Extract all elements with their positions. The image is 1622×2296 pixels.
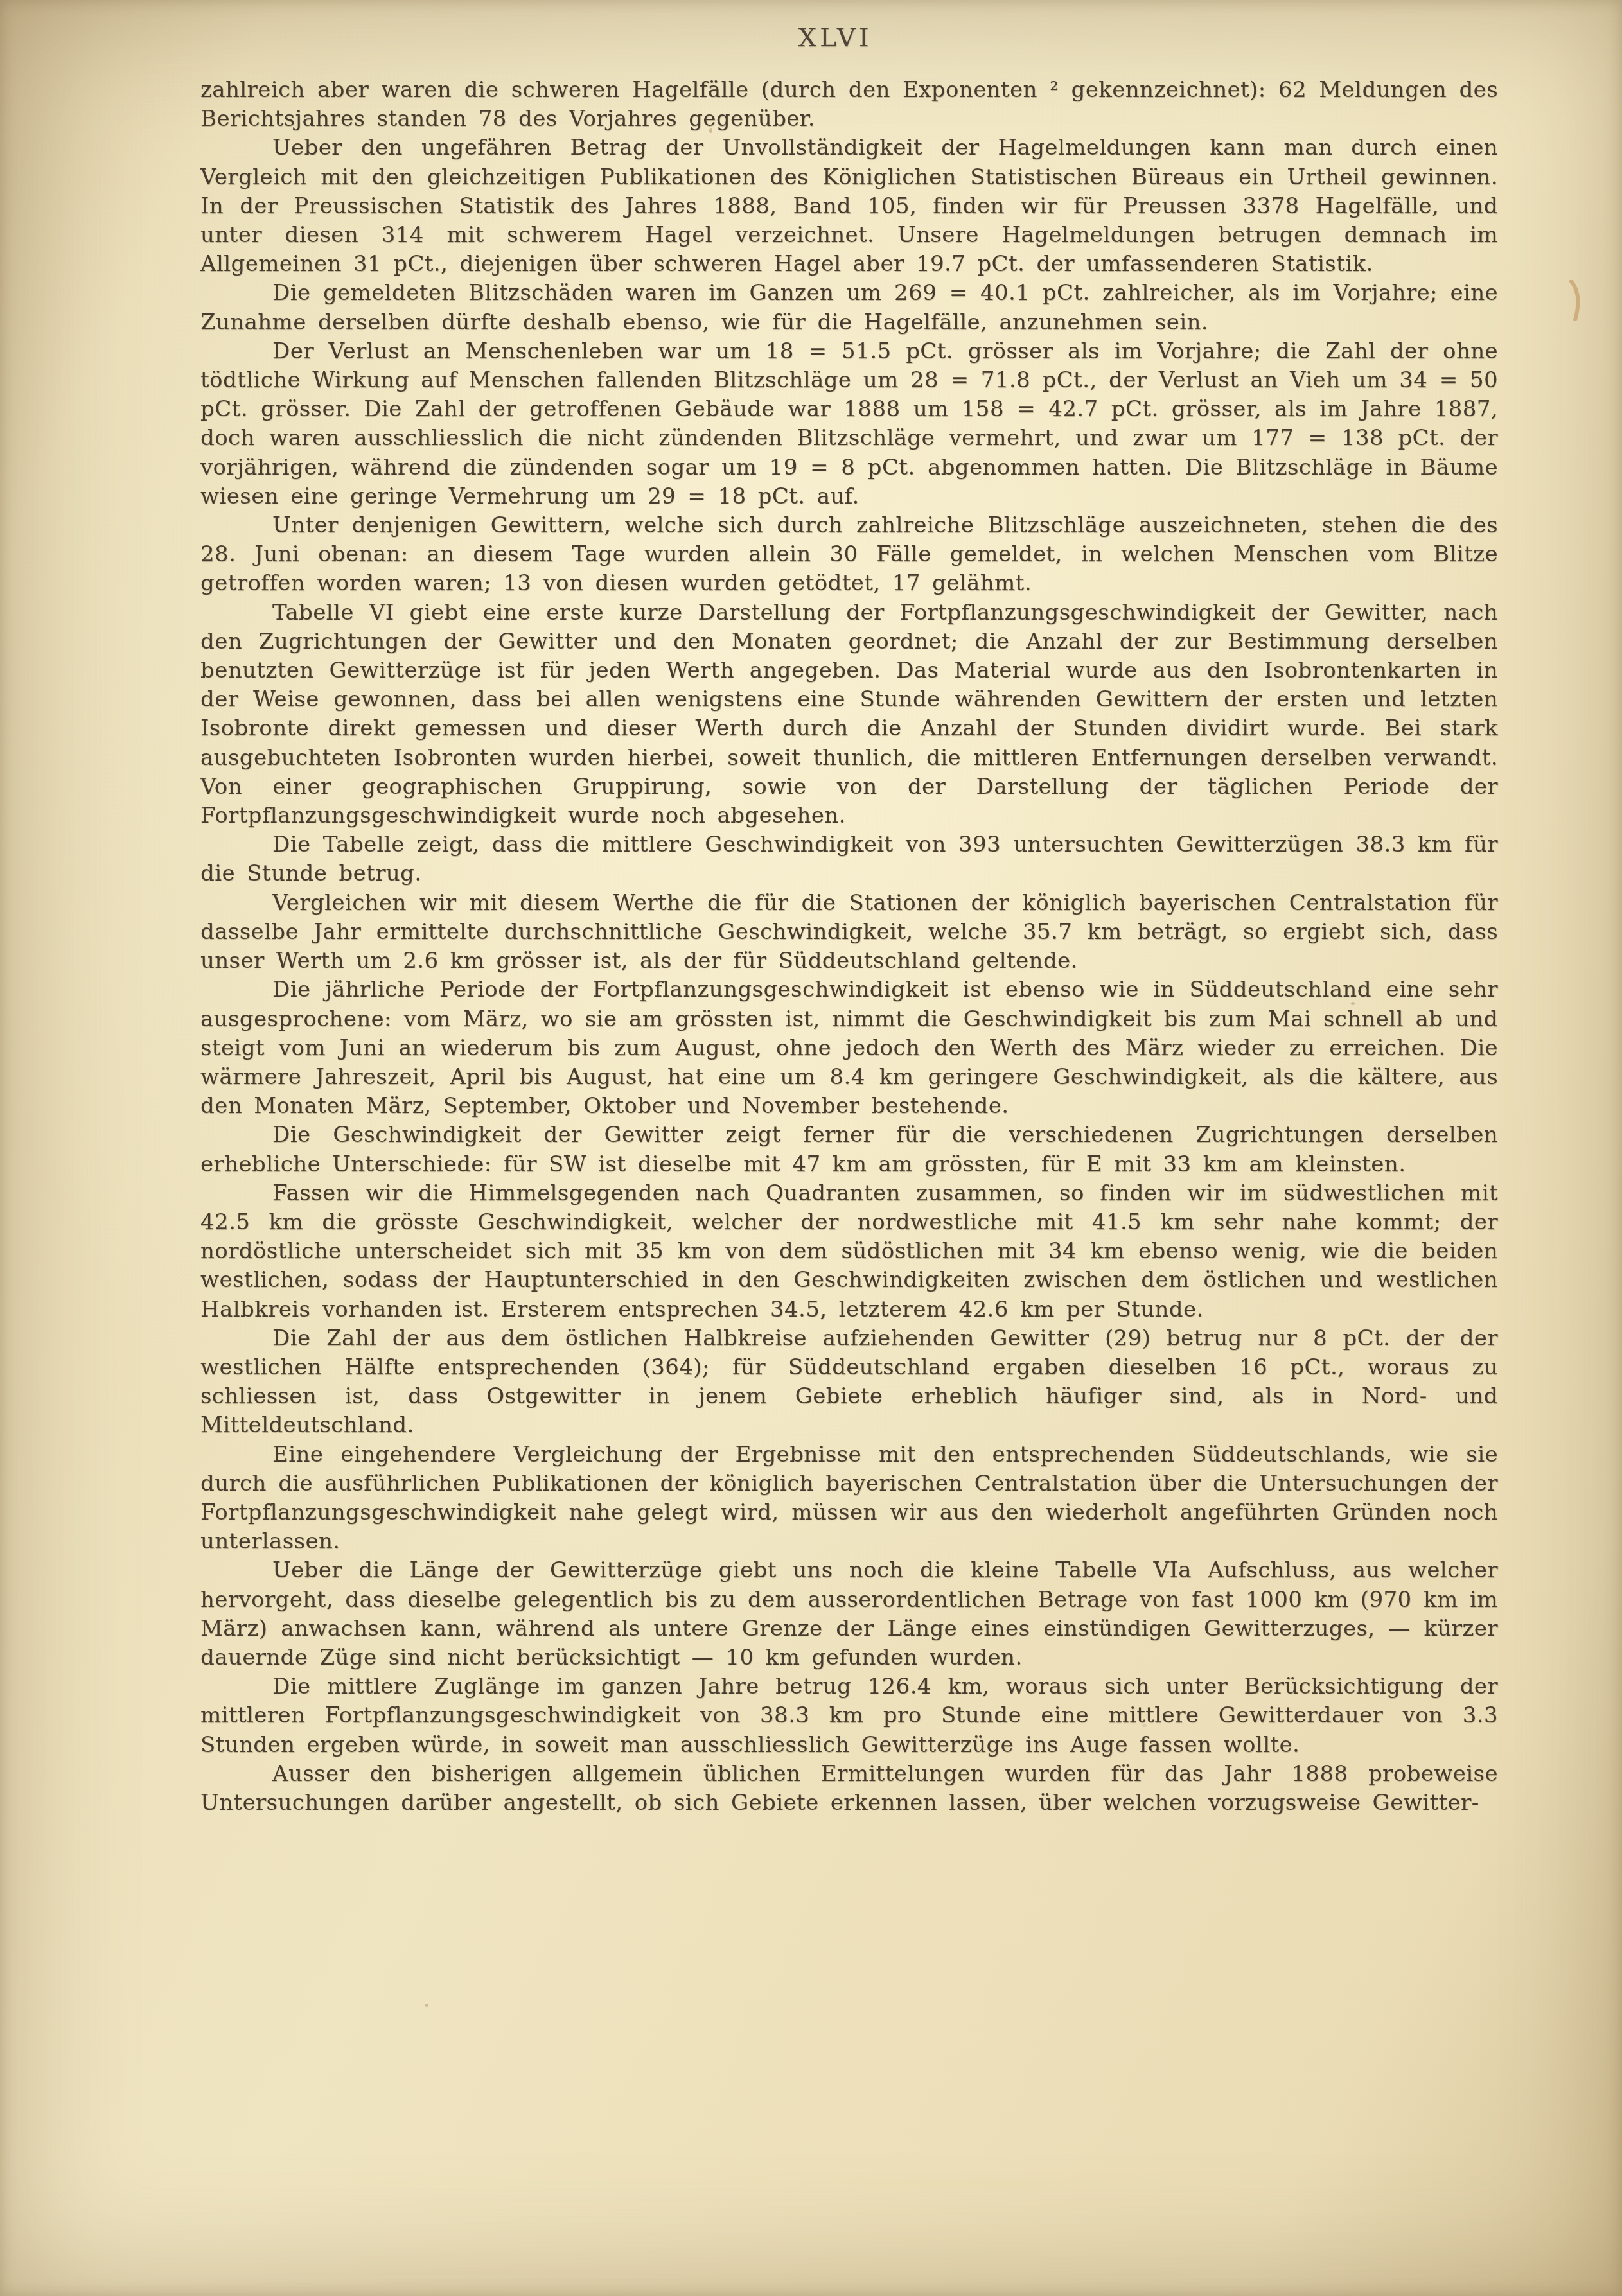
paragraph: Unter denjenigen Gewittern, welche sich … <box>200 511 1498 599</box>
paragraph: Fassen wir die Himmelsgegenden nach Quad… <box>200 1179 1498 1324</box>
text-block: zahlreich aber waren die schweren Hagelf… <box>200 76 1498 1818</box>
paragraph: Die Zahl der aus dem östlichen Halbkreis… <box>200 1324 1498 1441</box>
paper-speck <box>1142 1724 1147 1727</box>
paragraph: Tabelle VI giebt eine erste kurze Darste… <box>200 599 1498 831</box>
paper-speck <box>425 2004 428 2007</box>
paragraph: zahlreich aber waren die schweren Hagelf… <box>200 76 1498 134</box>
paper-speck <box>1351 1002 1355 1005</box>
margin-pen-mark <box>1567 280 1584 321</box>
paragraph: Ueber den ungefähren Betrag der Unvollst… <box>200 134 1498 279</box>
scanned-book-page: XLVI zahlreich aber waren die schweren H… <box>0 0 1622 2296</box>
paragraph: Ueber die Länge der Gewitterzüge giebt u… <box>200 1556 1498 1672</box>
page-number: XLVI <box>0 23 1622 53</box>
paragraph: Eine eingehendere Vergleichung der Ergeb… <box>200 1441 1498 1557</box>
paper-speck <box>709 128 712 133</box>
paragraph: Die jährliche Periode der Fortpflanzungs… <box>200 976 1498 1121</box>
paragraph: Die Geschwindigkeit der Gewitter zeigt f… <box>200 1121 1498 1179</box>
paragraph: Vergleichen wir mit diesem Werthe die fü… <box>200 889 1498 976</box>
paragraph: Der Verlust an Menschenleben war um 18 =… <box>200 337 1498 511</box>
paragraph: Ausser den bisherigen allgemein üblichen… <box>200 1760 1498 1818</box>
paragraph: Die gemeldeten Blitzschäden waren im Gan… <box>200 279 1498 337</box>
paragraph: Die Tabelle zeigt, dass die mittlere Ges… <box>200 830 1498 888</box>
paragraph: Die mittlere Zuglänge im ganzen Jahre be… <box>200 1672 1498 1760</box>
